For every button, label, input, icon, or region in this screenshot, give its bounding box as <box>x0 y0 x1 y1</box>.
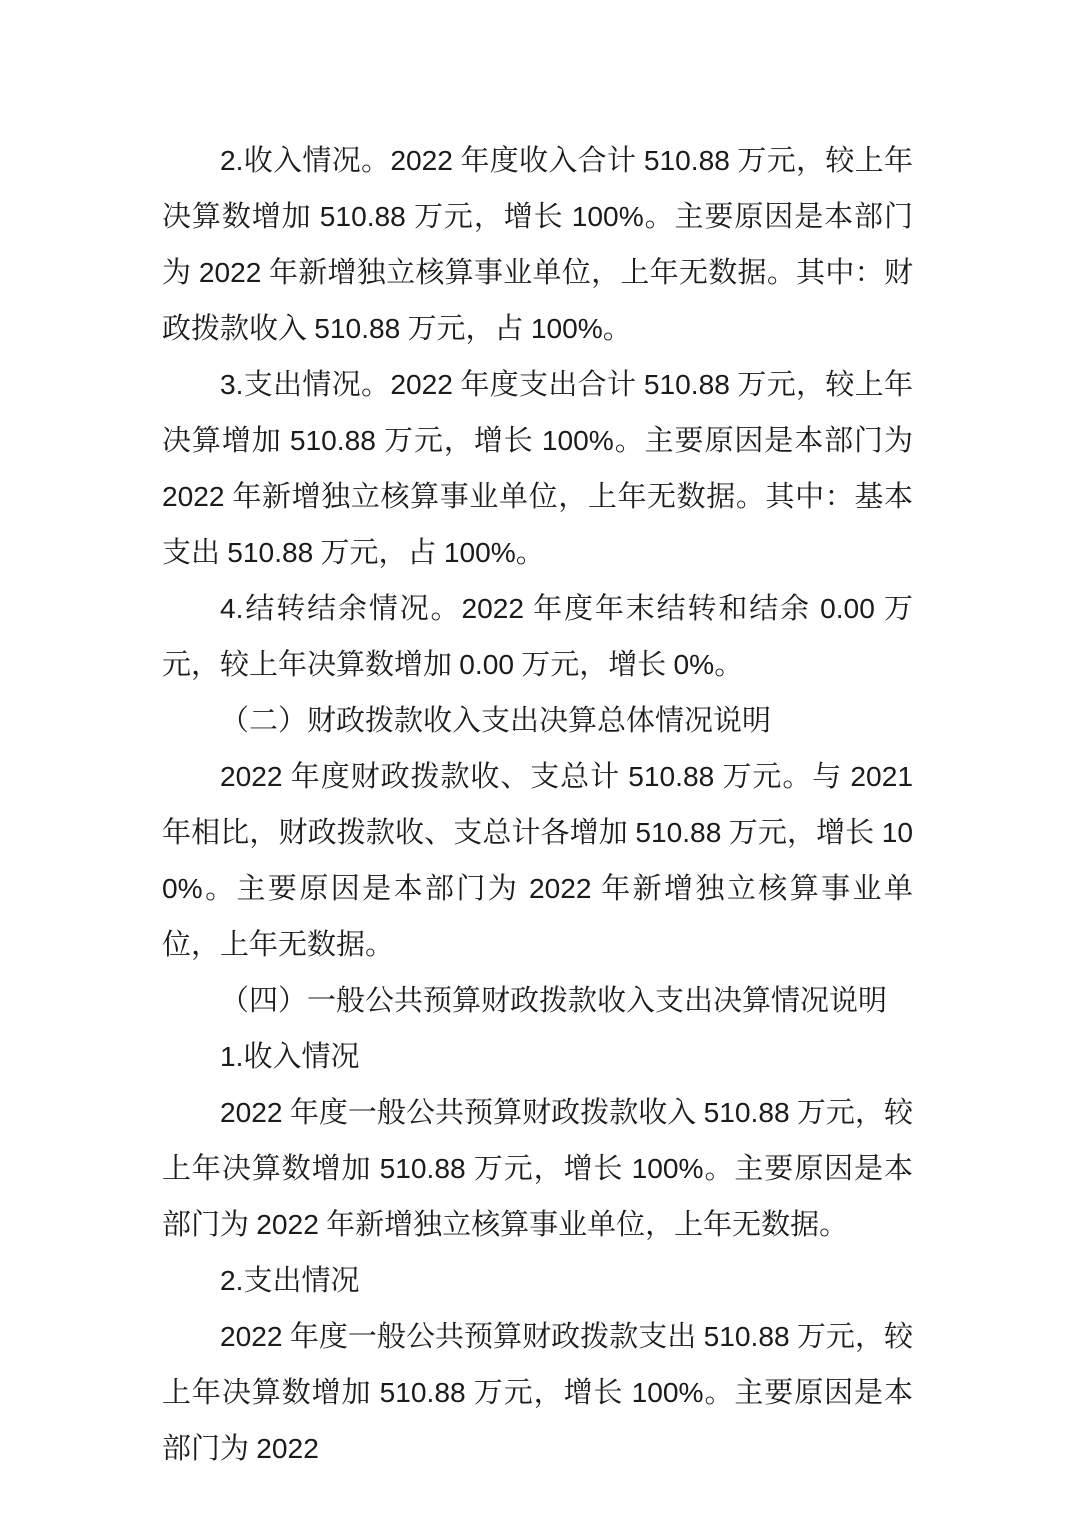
paragraph-carryover-balance: 4.结转结余情况。2022 年度年末结转和结余 0.00 万元，较上年决算数增加… <box>162 581 913 693</box>
document-page: 2.收入情况。2022 年度收入合计 510.88 万元，较上年决算数增加 51… <box>0 0 1074 1520</box>
paragraph-general-budget-income: 2022 年度一般公共预算财政拨款收入 510.88 万元，较上年决算数增加 5… <box>162 1085 913 1253</box>
subheading-income-situation: 1.收入情况 <box>162 1029 913 1085</box>
paragraph-income-overview: 2.收入情况。2022 年度收入合计 510.88 万元，较上年决算数增加 51… <box>162 133 913 357</box>
subheading-expenditure-situation: 2.支出情况 <box>162 1253 913 1309</box>
heading-section-2-fiscal-appropriation: （二）财政拨款收入支出决算总体情况说明 <box>162 693 913 749</box>
document-body: 2.收入情况。2022 年度收入合计 510.88 万元，较上年决算数增加 51… <box>162 133 913 1477</box>
paragraph-general-budget-expenditure: 2022 年度一般公共预算财政拨款支出 510.88 万元，较上年决算数增加 5… <box>162 1309 913 1477</box>
paragraph-fiscal-appropriation-total: 2022 年度财政拨款收、支总计 510.88 万元。与 2021 年相比，财政… <box>162 749 913 973</box>
heading-section-4-general-public-budget: （四）一般公共预算财政拨款收入支出决算情况说明 <box>162 973 913 1029</box>
paragraph-expenditure-overview: 3.支出情况。2022 年度支出合计 510.88 万元，较上年决算增加 510… <box>162 357 913 581</box>
